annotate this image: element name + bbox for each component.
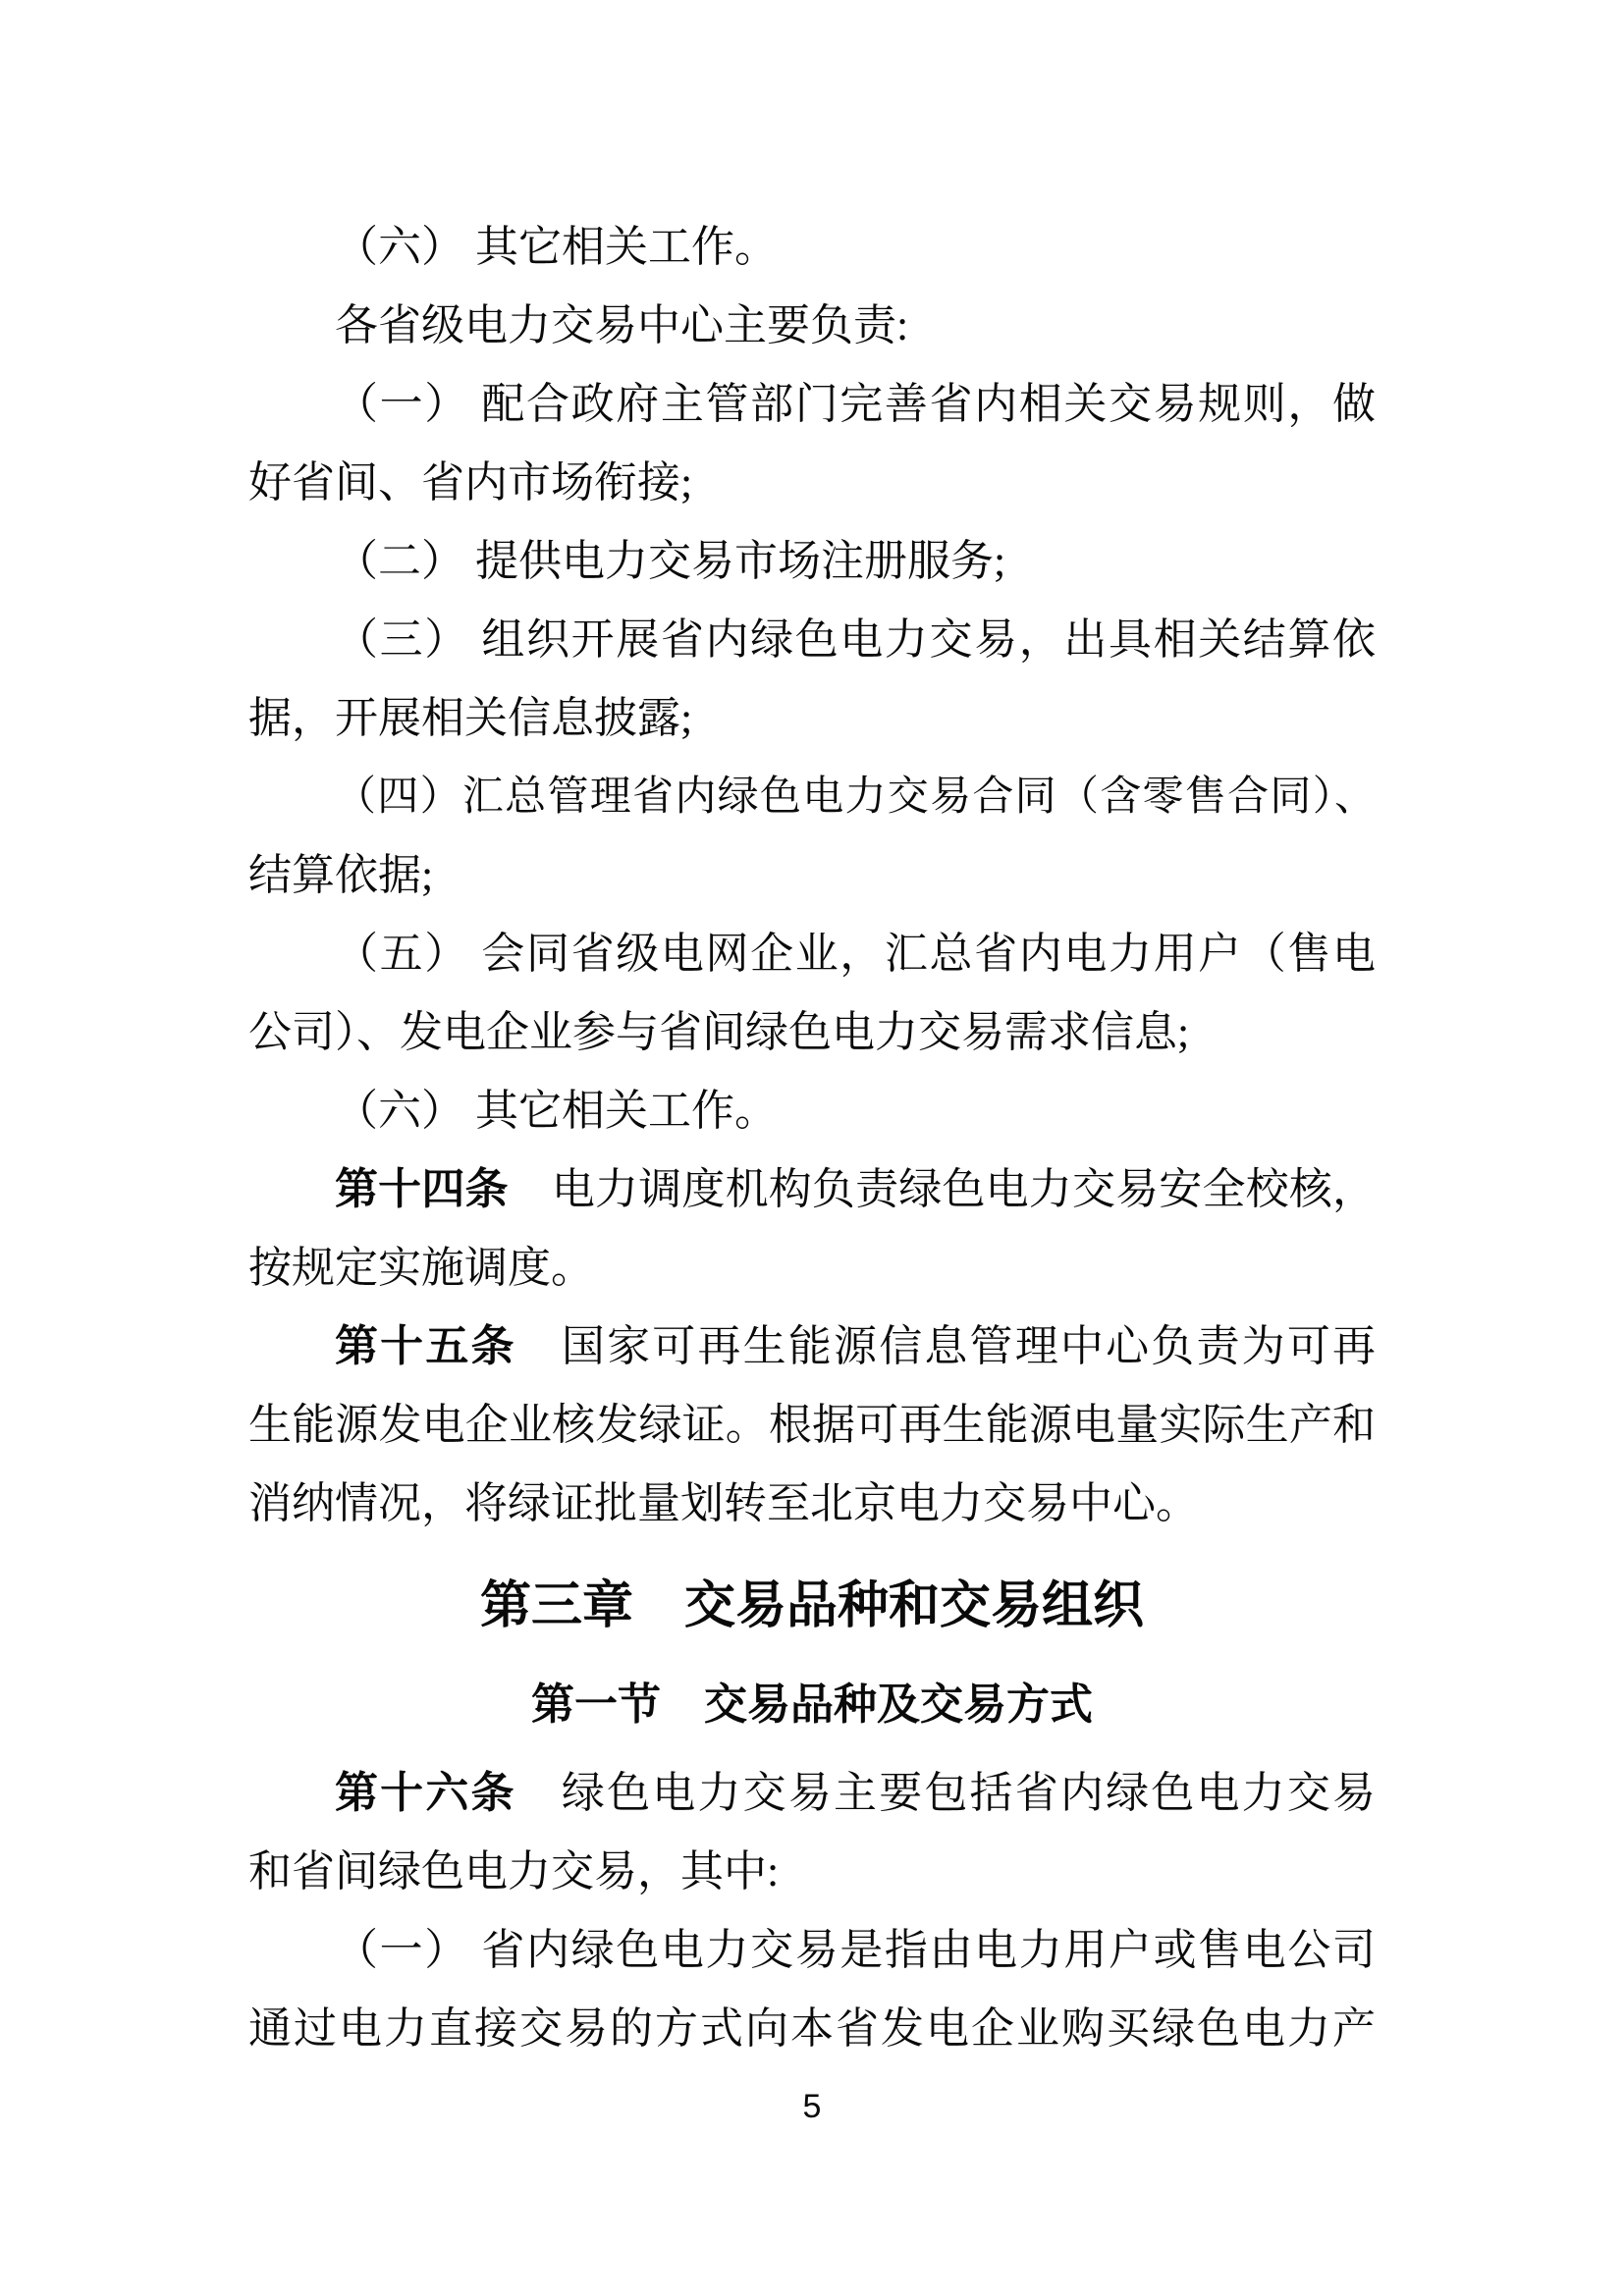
text-line: （三） 组织开展省内绿色电力交易，出具相关结算依	[248, 601, 1376, 679]
document-page: （六） 其它相关工作。各省级电力交易中心主要负责:（一） 配合政府主管部门完善省…	[0, 0, 1624, 2296]
text-line: （六） 其它相关工作。	[248, 208, 1376, 287]
text-line: 结算依据;	[248, 836, 1376, 915]
text-line: （一） 省内绿色电力交易是指由电力用户或售电公司	[248, 1911, 1376, 1990]
text-line: 和省间绿色电力交易，其中:	[248, 1833, 1376, 1911]
article-number: 第十五条	[335, 1322, 516, 1370]
text-line: （五） 会同省级电网企业，汇总省内电力用户（售电	[248, 915, 1376, 993]
text-line: 公司）、发电企业参与省间绿色电力交易需求信息;	[248, 993, 1376, 1072]
text-line: 消纳情况，将绿证批量划转至北京电力交易中心。	[248, 1465, 1376, 1543]
article-number: 第十四条	[335, 1165, 509, 1213]
text-line: （二） 提供电力交易市场注册服务;	[248, 522, 1376, 601]
article-number: 第十六条	[335, 1769, 516, 1817]
text-line: （六） 其它相关工作。	[248, 1072, 1376, 1150]
text-line: 按规定实施调度。	[248, 1229, 1376, 1308]
text-line: 第十五条 国家可再生能源信息管理中心负责为可再	[248, 1308, 1376, 1386]
text-line: 各省级电力交易中心主要负责:	[248, 287, 1376, 365]
text-line: 第十六条 绿色电力交易主要包括省内绿色电力交易	[248, 1754, 1376, 1833]
text-line: （四）汇总管理省内绿色电力交易合同（含零售合同）、	[248, 758, 1376, 836]
text-line: 据，开展相关信息披露;	[248, 679, 1376, 758]
page-number: 5	[0, 2087, 1624, 2126]
text-line: 通过电力直接交易的方式向本省发电企业购买绿色电力产	[248, 1990, 1376, 2068]
text-line: （一） 配合政府主管部门完善省内相关交易规则，做	[248, 365, 1376, 444]
chapter-heading: 第三章 交易品种和交易组织	[248, 1561, 1376, 1651]
text-line: 生能源发电企业核发绿证。根据可再生能源电量实际生产和	[248, 1386, 1376, 1465]
document-lines: （六） 其它相关工作。各省级电力交易中心主要负责:（一） 配合政府主管部门完善省…	[248, 208, 1376, 2068]
section-heading: 第一节 交易品种及交易方式	[248, 1663, 1376, 1747]
text-line: 第十四条 电力调度机构负责绿色电力交易安全校核，	[248, 1150, 1376, 1229]
text-line: 好省间、省内市场衔接;	[248, 444, 1376, 522]
